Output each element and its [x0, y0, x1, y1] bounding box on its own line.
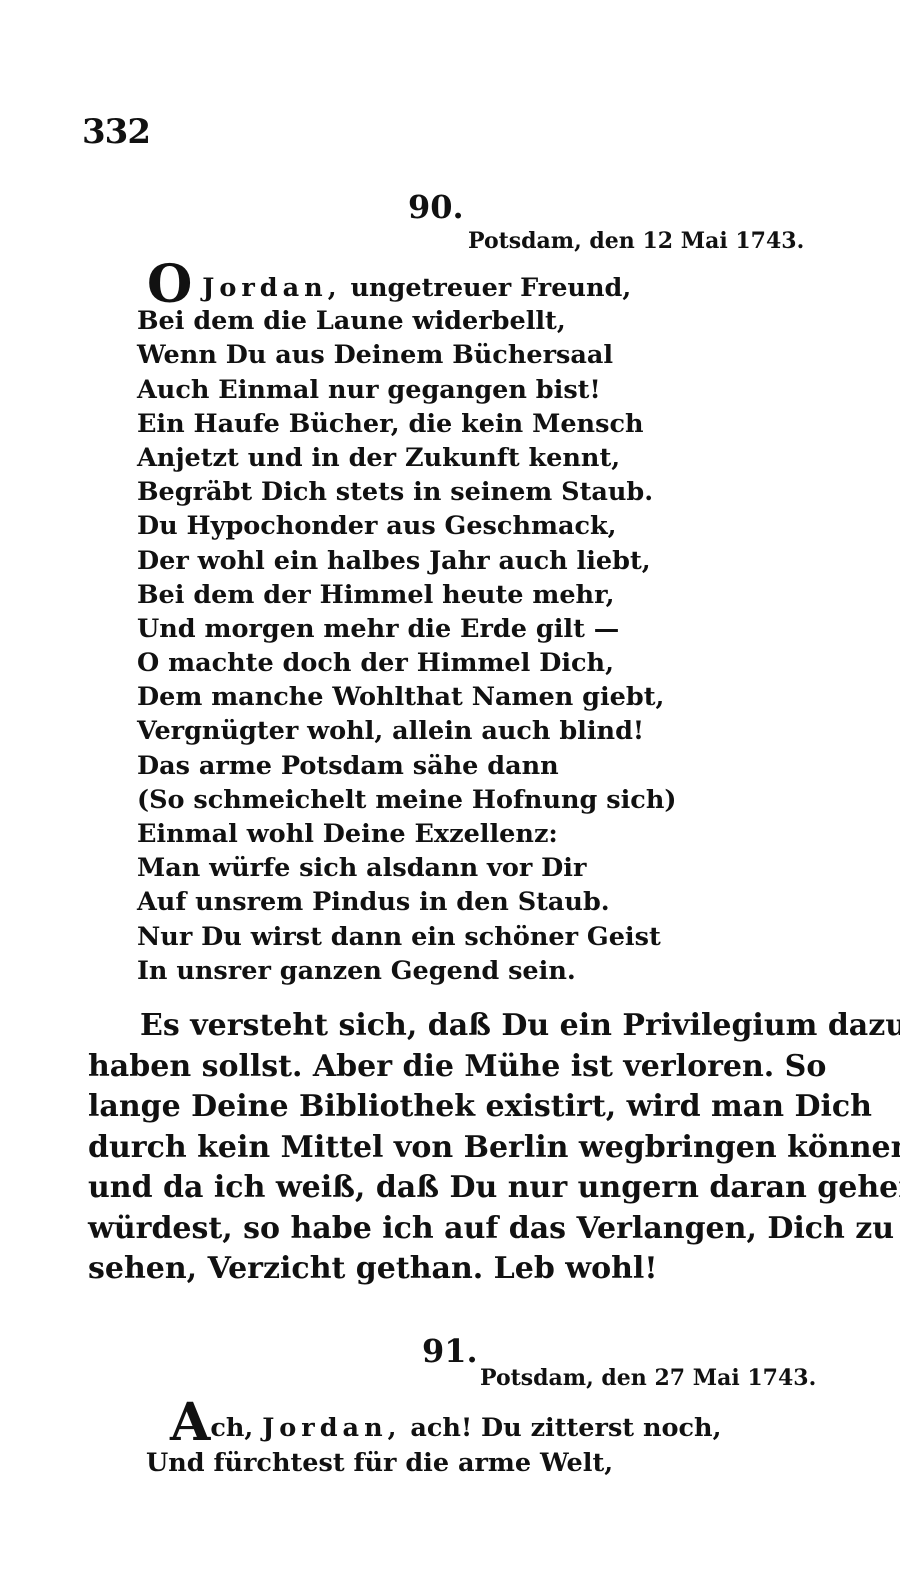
poem-line: Du Hypochonder aus Geschmack,	[137, 509, 676, 543]
prose-line: lange Deine Bibliothek existirt, wird ma…	[88, 1087, 818, 1128]
prose-line: haben sollst. Aber die Mühe ist verloren…	[88, 1047, 818, 1088]
prose-line: und da ich weiß, daß Du nur ungern daran…	[88, 1168, 818, 1209]
poem-line: Das arme Potsdam sähe dann	[137, 749, 676, 783]
poem-line: (So schmeichelt meine Hofnung sich)	[137, 783, 676, 817]
poem-line: Und morgen mehr die Erde gilt —	[137, 612, 676, 646]
poem-line-text: ch,	[210, 1413, 253, 1443]
poem-line-text: ach! Du zitterst noch,	[410, 1413, 721, 1443]
letter-number: 90.	[408, 188, 464, 226]
poem: Ach, Jordan, ach! Du zitterst noch, Und …	[146, 1408, 721, 1482]
poem-line: Nur Du wirst dann ein schöner Geist	[137, 920, 676, 954]
prose-paragraph: Es versteht sich, daß Du ein Privilegium…	[88, 1006, 818, 1290]
poem-line: Anjetzt und in der Zukunft kennt,	[137, 441, 676, 475]
name-jordan: Jordan,	[202, 273, 341, 303]
poem: OJordan, ungetreuer Freund, Bei dem die …	[137, 270, 676, 988]
prose-line: Es versteht sich, daß Du ein Privilegium…	[88, 1006, 818, 1047]
drop-cap: A	[170, 1392, 210, 1453]
poem-line: Der wohl ein halbes Jahr auch liebt,	[137, 544, 676, 578]
letter-number: 91.	[422, 1332, 478, 1370]
poem-line: O machte doch der Himmel Dich,	[137, 646, 676, 680]
prose-line: sehen, Verzicht gethan. Leb wohl!	[88, 1249, 818, 1290]
dateline: Potsdam, den 27 Mai 1743.	[480, 1365, 816, 1391]
poem-line: Auch Einmal nur gegangen bist!	[137, 373, 676, 407]
poem-first-line: Ach, Jordan, ach! Du zitterst noch,	[146, 1408, 721, 1445]
page-number: 332	[82, 112, 150, 152]
poem-line: Vergnügter wohl, allein auch blind!	[137, 714, 676, 748]
poem-line: Bei dem die Laune widerbellt,	[137, 304, 676, 338]
poem-line: Dem manche Wohlthat Namen giebt,	[137, 680, 676, 714]
dateline: Potsdam, den 12 Mai 1743.	[468, 228, 804, 254]
poem-line: Ein Haufe Bücher, die kein Mensch	[137, 407, 676, 441]
poem-line: In unsrer ganzen Gegend sein.	[137, 954, 676, 988]
prose-line: würdest, so habe ich auf das Verlangen, …	[88, 1209, 818, 1250]
poem-line: Man würfe sich alsdann vor Dir	[137, 851, 676, 885]
poem-line: Und fürchtest für die arme Welt,	[146, 1445, 721, 1482]
prose-line: durch kein Mittel von Berlin wegbringen …	[88, 1128, 818, 1169]
poem-line: Begräbt Dich stets in seinem Staub.	[137, 475, 676, 509]
poem-line: Bei dem der Himmel heute mehr,	[137, 578, 676, 612]
poem-line-text: ungetreuer Freund,	[350, 273, 631, 303]
poem-line: Wenn Du aus Deinem Büchersaal	[137, 338, 676, 372]
name-jordan: Jordan,	[262, 1413, 401, 1443]
poem-line: Auf unsrem Pindus in den Staub.	[137, 885, 676, 919]
poem-first-line: OJordan, ungetreuer Freund,	[137, 270, 676, 304]
poem-line: Einmal wohl Deine Exzellenz:	[137, 817, 676, 851]
